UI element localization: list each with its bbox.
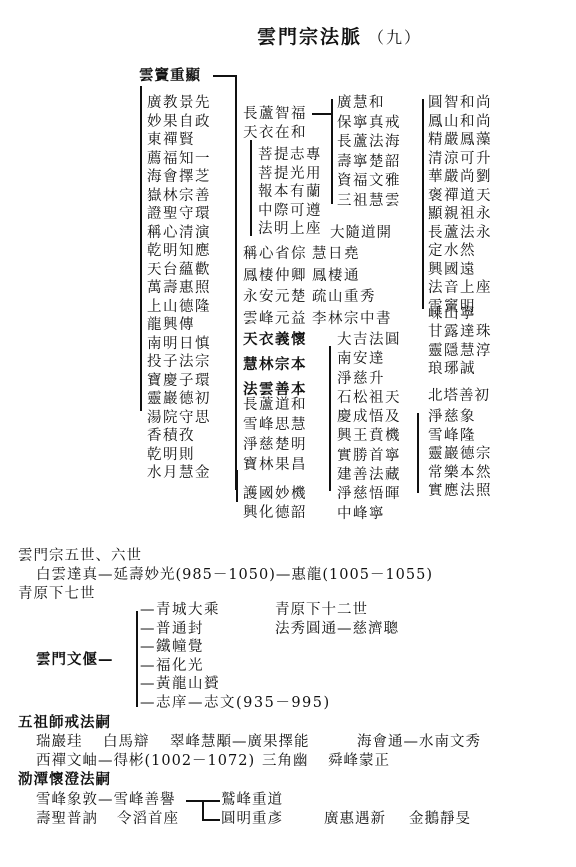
connector: [331, 99, 333, 204]
beita-node: 北塔善初: [428, 387, 490, 406]
lineage-line: 白雲達真—延壽妙光(985－1050)—惠龍(1005－1055): [36, 566, 433, 585]
lineage-item: 金鵝靜旻: [409, 810, 471, 829]
connector: [422, 99, 424, 309]
section-heading: 青原下七世: [18, 585, 96, 604]
col3c-list: 大吉法圓南安達 淨慈升石松祖天 慶成悟及興王賁機 實勝首寧建善法藏 淨慈悟暉中峰…: [337, 331, 401, 524]
lineage-item: 三角幽: [262, 752, 309, 771]
lineage-item: 翠峰慧顒—廣果擇能: [170, 733, 310, 752]
lineage-item: 舜峰蒙正: [328, 752, 390, 771]
wenyan-node: 雲門文偃—: [36, 651, 114, 670]
lineage-item: 白馬辯: [103, 733, 150, 752]
connector: [202, 800, 204, 820]
lineage-item: 壽聖普訥: [36, 810, 98, 829]
col4d-list: 淨慈象雪峰隆靈巖德宗 常樂本然實應法照: [428, 408, 492, 501]
lineage-line: 法秀圓通—慈濟聰: [275, 620, 399, 639]
section-heading: 泐潭懷澄法嗣: [18, 771, 111, 790]
lineage-item: 鷲峰重道: [221, 791, 283, 810]
connector: [329, 346, 331, 491]
dasui-node: 大隨道開: [330, 224, 392, 243]
col4a-list: 圓智和尚鳳山和尚精嚴鳳藻 清涼可升華嚴尚劉褒禪道天 顯親祖永長蘆法永定水然 興國…: [428, 94, 492, 316]
col2c-list: 稱心省倧鳳棲仲卿 永安元楚雲峰元益: [243, 245, 307, 331]
col4b-list: 嵊山寧: [428, 305, 476, 324]
col2b-list: 菩提志專菩提光用報本有蘭 中際可遵法明上座: [258, 146, 322, 239]
col1-list: 廣教景先妙果自政東禪賢 薦福知一海會擇芝嶽林宗善 證聖守環稱心清演乾明知應 天台…: [147, 94, 211, 483]
connector: [250, 140, 252, 236]
connector: [213, 75, 235, 77]
section-heading: 五祖師戒法嗣: [18, 714, 111, 733]
col4c-list: 甘露達珠靈隱慧淳琅琊誠: [428, 323, 492, 379]
connector: [202, 819, 220, 821]
section-heading: 雲門宗五世、六世: [18, 547, 142, 566]
connector: [312, 113, 332, 115]
col2f-list: 護國妙機興化德韶: [243, 485, 307, 522]
connector: [140, 86, 142, 411]
col3b-list: 慧日堯鳳棲通 疏山重秀李林宗中書: [312, 245, 392, 331]
col2d-list: 天衣義懷慧林宗本 法雲善本: [243, 331, 307, 406]
page-title: 雲門宗法脈（九）: [257, 22, 422, 49]
col2e-list: 長蘆道和雪峰思慧 淨慈楚明寶林果昌: [243, 396, 307, 476]
col3a-list: 廣慧和保寧真戒 長蘆法海壽寧楚韶 資福文雅三祖慧雲: [337, 94, 401, 211]
connector: [235, 75, 237, 490]
lineage-item: 令滔首座: [117, 810, 179, 829]
section-heading: 青原下十二世: [275, 601, 368, 620]
lineage-item: 瑞巖珪: [36, 733, 83, 752]
connector: [417, 413, 419, 493]
col2a-list: 長蘆智福天衣在和: [243, 105, 307, 142]
lineage-item: 圓明重彥: [221, 810, 283, 829]
connector: [136, 611, 138, 707]
lineage-item: 雪峰象敦—雪峰善譽: [36, 791, 176, 810]
root-node: 雲竇重顯: [139, 67, 201, 86]
lineage-item: 海會通—水南文秀: [357, 733, 481, 752]
lineage-item: 廣惠遇新: [324, 810, 386, 829]
lineage-item: 西禪文岫—得彬(1002－1072): [36, 752, 255, 771]
connector: [236, 470, 238, 502]
